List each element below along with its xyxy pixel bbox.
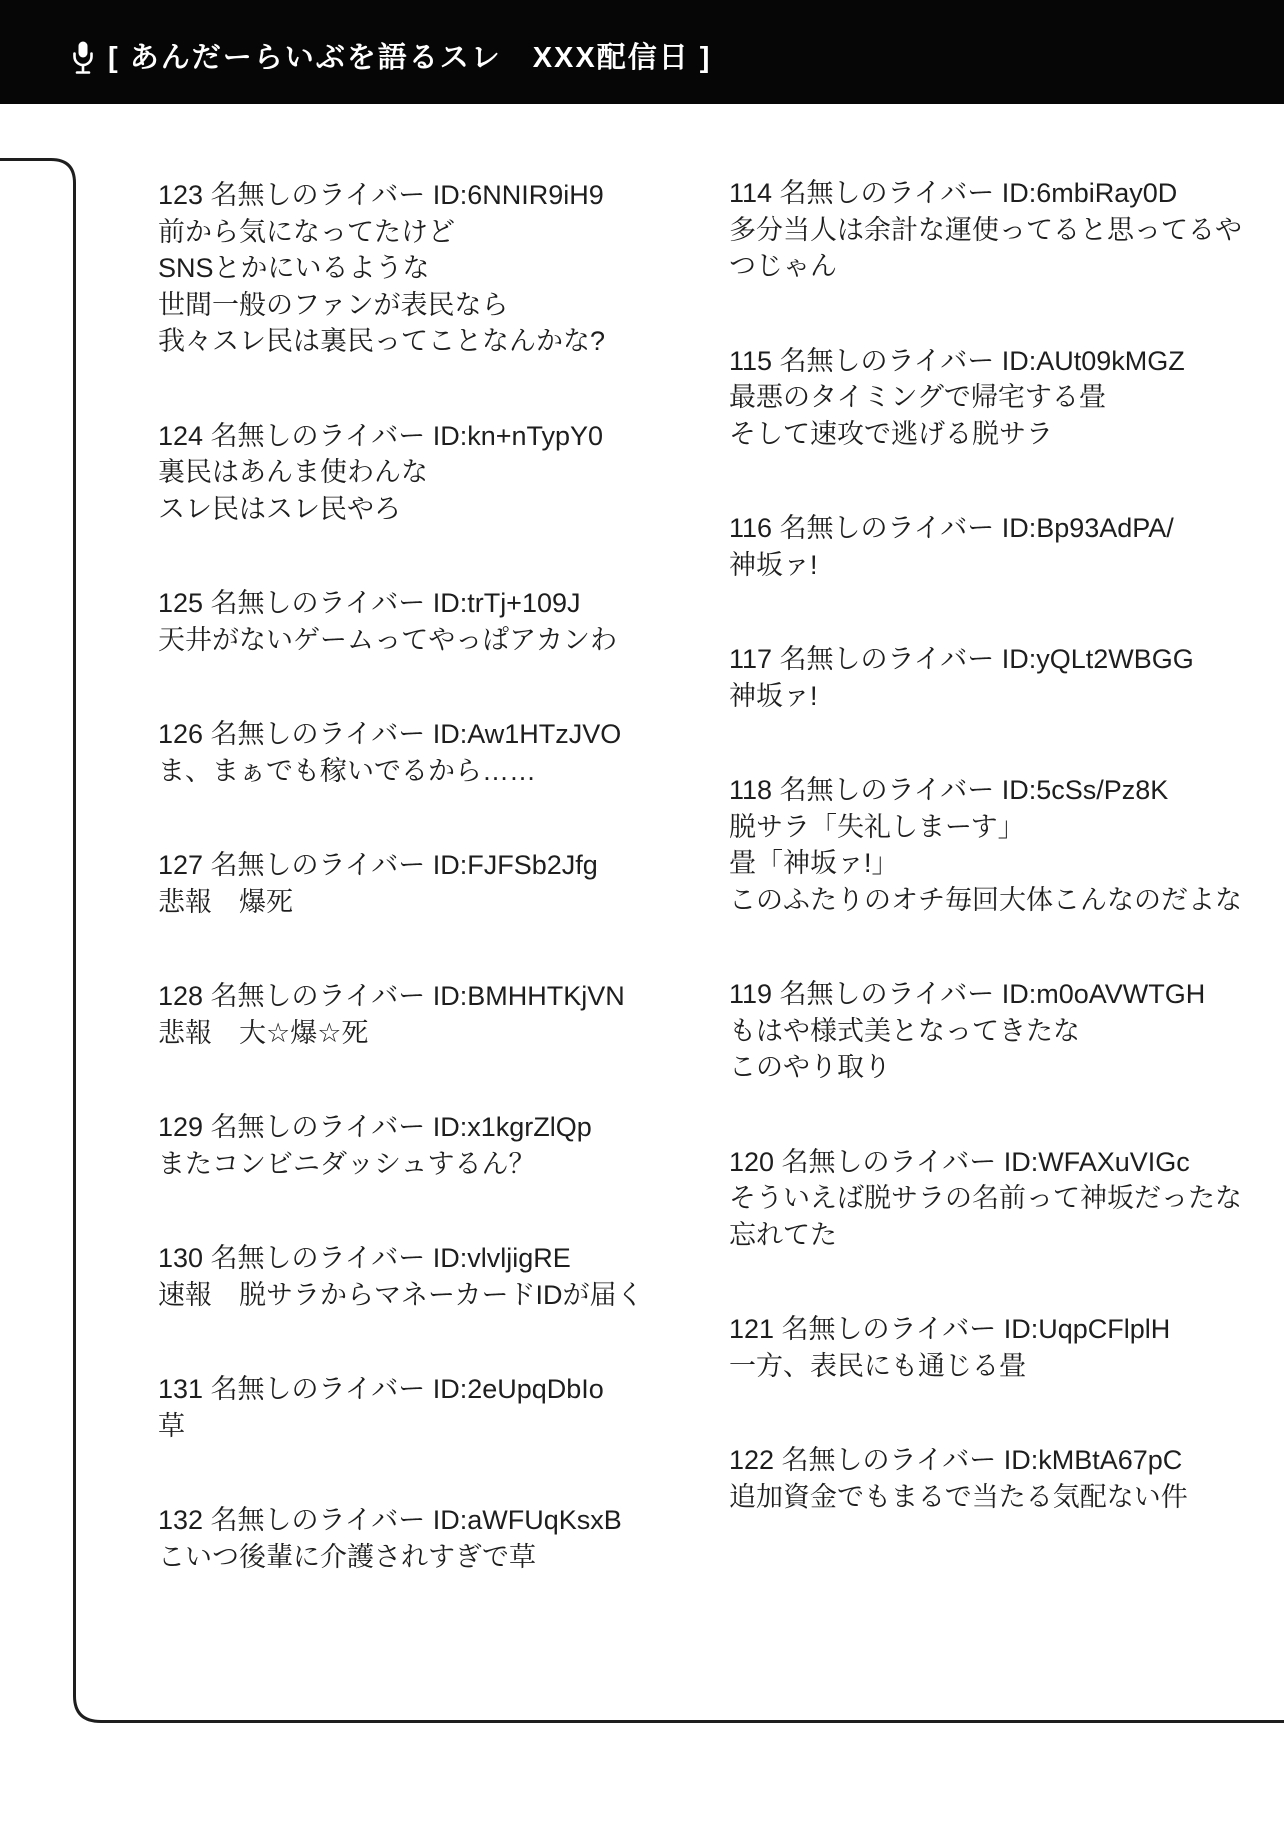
post-body-line: 速報 脱サラからマネーカードIDが届く [158,1277,658,1314]
post-body-line: 忘れてた [729,1217,1259,1254]
post-header: 130 名無しのライバー ID:vlvljigRE [158,1240,658,1277]
post-body-line: このふたりのオチ毎回大体こんなのだよな [729,882,1259,919]
post-body-line: スレ民はスレ民やろ [158,491,658,528]
post-body-line: 天井がないゲームってやっぱアカンわ [158,622,658,659]
thread-post: 129 名無しのライバー ID:x1kgrZlQpまたコンビニダッシュするん？ [158,1109,658,1182]
post-header: 122 名無しのライバー ID:kMBtA67pC [729,1442,1259,1479]
thread-post: 116 名無しのライバー ID:Bp93AdPA/神坂ァ! [729,510,1259,583]
post-header: 124 名無しのライバー ID:kn+nTypY0 [158,418,658,455]
post-body-line: 一方、表民にも通じる畳 [729,1348,1259,1385]
post-body-line: そして速攻で逃げる脱サラ [729,416,1259,453]
post-header: 132 名無しのライバー ID:aWFUqKsxB [158,1502,658,1539]
post-body-line: 前から気になってたけど [158,214,658,251]
post-header: 127 名無しのライバー ID:FJFSb2Jfg [158,847,658,884]
post-body-line: 悲報 大☆爆☆死 [158,1015,658,1052]
thread-title-row: [ あんだーらいぶを語るスレ XXX配信日 ] [70,40,711,76]
post-header: 126 名無しのライバー ID:Aw1HTzJVO [158,716,658,753]
thread-title-bar: [ あんだーらいぶを語るスレ XXX配信日 ] [0,0,1284,104]
post-header: 118 名無しのライバー ID:5cSs/Pz8K [729,772,1259,809]
thread-title: [ あんだーらいぶを語るスレ XXX配信日 ] [108,40,711,76]
thread-post: 120 名無しのライバー ID:WFAXuVIGcそういえば脱サラの名前って神坂… [729,1144,1259,1254]
post-body-line: またコンビニダッシュするん？ [158,1146,658,1183]
post-body-line: そういえば脱サラの名前って神坂だったな [729,1180,1259,1217]
post-header: 131 名無しのライバー ID:2eUpqDbIo [158,1371,658,1408]
post-body-line: 追加資金でもまるで当たる気配ない件 [729,1479,1259,1516]
novel-thread-page: [ あんだーらいぶを語るスレ XXX配信日 ] 123 名無しのライバー ID:… [0,0,1284,1826]
post-body-line: 最悪のタイミングで帰宅する畳 [729,379,1259,416]
thread-post: 121 名無しのライバー ID:UqpCFlplH一方、表民にも通じる畳 [729,1311,1259,1384]
post-header: 119 名無しのライバー ID:m0oAVWTGH [729,976,1259,1013]
post-body-line: ま、まぁでも稼いでるから…… [158,753,658,790]
post-body-line: 我々スレ民は裏民ってことなんかな? [158,323,658,360]
thread-post: 118 名無しのライバー ID:5cSs/Pz8K脱サラ「失礼しまーす」畳「神坂… [729,772,1259,918]
post-header: 114 名無しのライバー ID:6mbiRay0D [729,175,1259,212]
post-body-line: 裏民はあんま使わんな [158,454,658,491]
post-body-line: 草 [158,1408,658,1445]
post-header: 125 名無しのライバー ID:trTj+109J [158,585,658,622]
post-body-line: こいつ後輩に介護されすぎで草 [158,1539,658,1576]
post-body-line: 畳「神坂ァ!」 [729,845,1259,882]
post-body-line: このやり取り [729,1049,1259,1086]
thread-post: 115 名無しのライバー ID:AUt09kMGZ最悪のタイミングで帰宅する畳そ… [729,343,1259,453]
post-header: 120 名無しのライバー ID:WFAXuVIGc [729,1144,1259,1181]
thread-post: 124 名無しのライバー ID:kn+nTypY0裏民はあんま使わんなスレ民はス… [158,418,658,528]
post-body-line: 多分当人は余計な運使ってると思ってるや [729,212,1259,249]
thread-post: 132 名無しのライバー ID:aWFUqKsxBこいつ後輩に介護されすぎで草 [158,1502,658,1575]
post-header: 121 名無しのライバー ID:UqpCFlplH [729,1311,1259,1348]
thread-post: 122 名無しのライバー ID:kMBtA67pC追加資金でもまるで当たる気配な… [729,1442,1259,1515]
post-header: 128 名無しのライバー ID:BMHHTKjVN [158,978,658,1015]
thread-post: 131 名無しのライバー ID:2eUpqDbIo草 [158,1371,658,1444]
thread-post: 127 名無しのライバー ID:FJFSb2Jfg悲報 爆死 [158,847,658,920]
post-header: 116 名無しのライバー ID:Bp93AdPA/ [729,510,1259,547]
thread-column-left: 123 名無しのライバー ID:6NNIR9iH9前から気になってたけどSNSと… [158,177,658,1633]
post-header: 117 名無しのライバー ID:yQLt2WBGG [729,641,1259,678]
thread-post: 130 名無しのライバー ID:vlvljigRE速報 脱サラからマネーカードI… [158,1240,658,1313]
thread-post: 119 名無しのライバー ID:m0oAVWTGHもはや様式美となってきたなこの… [729,976,1259,1086]
post-header: 115 名無しのライバー ID:AUt09kMGZ [729,343,1259,380]
post-body-line: 脱サラ「失礼しまーす」 [729,809,1259,846]
post-body-line: 悲報 爆死 [158,884,658,921]
post-body-line: SNSとかにいるような [158,250,658,287]
post-body-line: 世間一般のファンが表民なら [158,287,658,324]
thread-column-right: 114 名無しのライバー ID:6mbiRay0D多分当人は余計な運使ってると思… [729,175,1259,1573]
post-body-line: 神坂ァ! [729,678,1259,715]
microphone-icon [70,40,96,76]
post-header: 129 名無しのライバー ID:x1kgrZlQp [158,1109,658,1146]
post-header: 123 名無しのライバー ID:6NNIR9iH9 [158,177,658,214]
thread-post: 128 名無しのライバー ID:BMHHTKjVN悲報 大☆爆☆死 [158,978,658,1051]
thread-post: 123 名無しのライバー ID:6NNIR9iH9前から気になってたけどSNSと… [158,177,658,360]
thread-post: 126 名無しのライバー ID:Aw1HTzJVOま、まぁでも稼いでるから…… [158,716,658,789]
post-body-line: 神坂ァ! [729,547,1259,584]
thread-post: 117 名無しのライバー ID:yQLt2WBGG神坂ァ! [729,641,1259,714]
thread-post: 125 名無しのライバー ID:trTj+109J天井がないゲームってやっぱアカ… [158,585,658,658]
thread-post: 114 名無しのライバー ID:6mbiRay0D多分当人は余計な運使ってると思… [729,175,1259,285]
post-body-line: つじゃん [729,248,1259,285]
post-body-line: もはや様式美となってきたな [729,1013,1259,1050]
